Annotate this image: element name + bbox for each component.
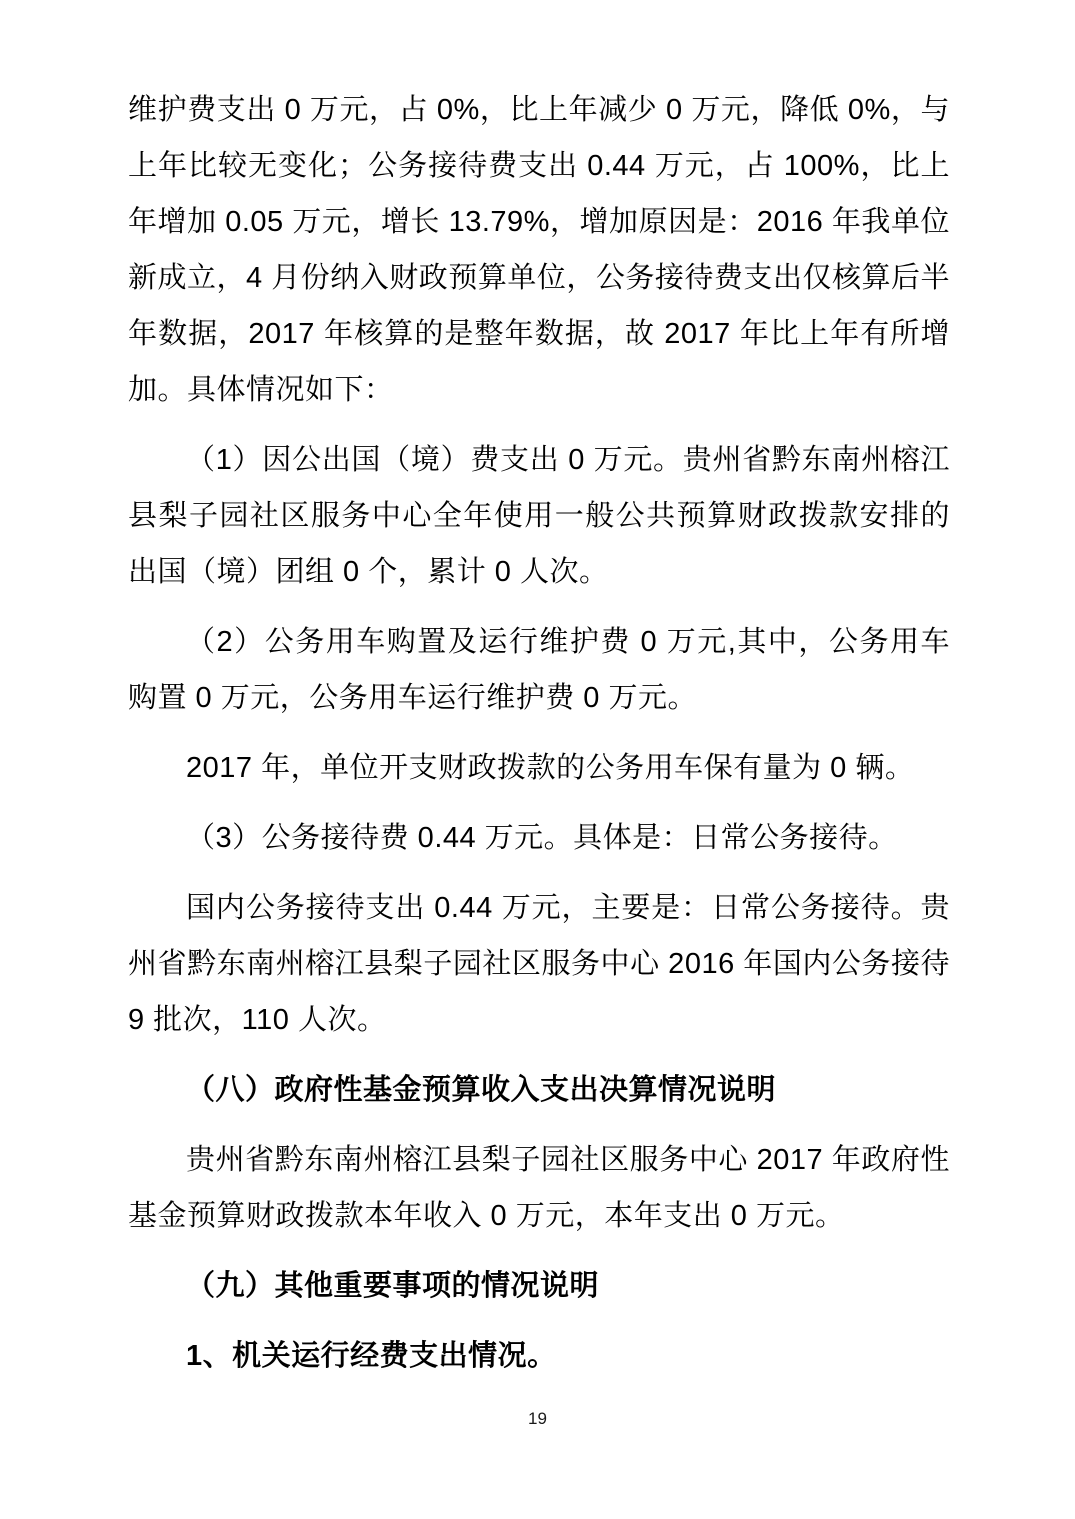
paragraph-item-3-official-reception: （3）公务接待费 0.44 万元。具体是：日常公务接待。: [128, 810, 950, 866]
section-heading-viii-government-fund-budget: （八）政府性基金预算收入支出决算情况说明: [128, 1062, 950, 1118]
section-heading-ix-other-important-matters: （九）其他重要事项的情况说明: [128, 1258, 950, 1314]
document-page: 维护费支出 0 万元，占 0%，比上年减少 0 万元，降低 0%，与上年比较无变…: [0, 0, 1075, 1519]
document-body: 维护费支出 0 万元，占 0%，比上年减少 0 万元，降低 0%，与上年比较无变…: [128, 82, 950, 1398]
paragraph-domestic-reception-detail: 国内公务接待支出 0.44 万元，主要是：日常公务接待。贵州省黔东南州榕江县梨子…: [128, 880, 950, 1048]
paragraph-item-2-official-vehicles: （2）公务用车购置及运行维护费 0 万元,其中，公务用车购置 0 万元，公务用车…: [128, 614, 950, 726]
page-number: 19: [0, 1408, 1075, 1430]
paragraph-item-1-overseas-trips: （1）因公出国（境）费支出 0 万元。贵州省黔东南州榕江县梨子园社区服务中心全年…: [128, 432, 950, 600]
paragraph-government-fund-figures: 贵州省黔东南州榕江县梨子园社区服务中心 2017 年政府性基金预算财政拨款本年收…: [128, 1132, 950, 1244]
paragraph-vehicle-holdings-2017: 2017 年，单位开支财政拨款的公务用车保有量为 0 辆。: [128, 740, 950, 796]
paragraph-continuation-vehicle-maintenance: 维护费支出 0 万元，占 0%，比上年减少 0 万元，降低 0%，与上年比较无变…: [128, 82, 950, 418]
subheading-1-agency-operating-expenses: 1、机关运行经费支出情况。: [128, 1328, 950, 1384]
